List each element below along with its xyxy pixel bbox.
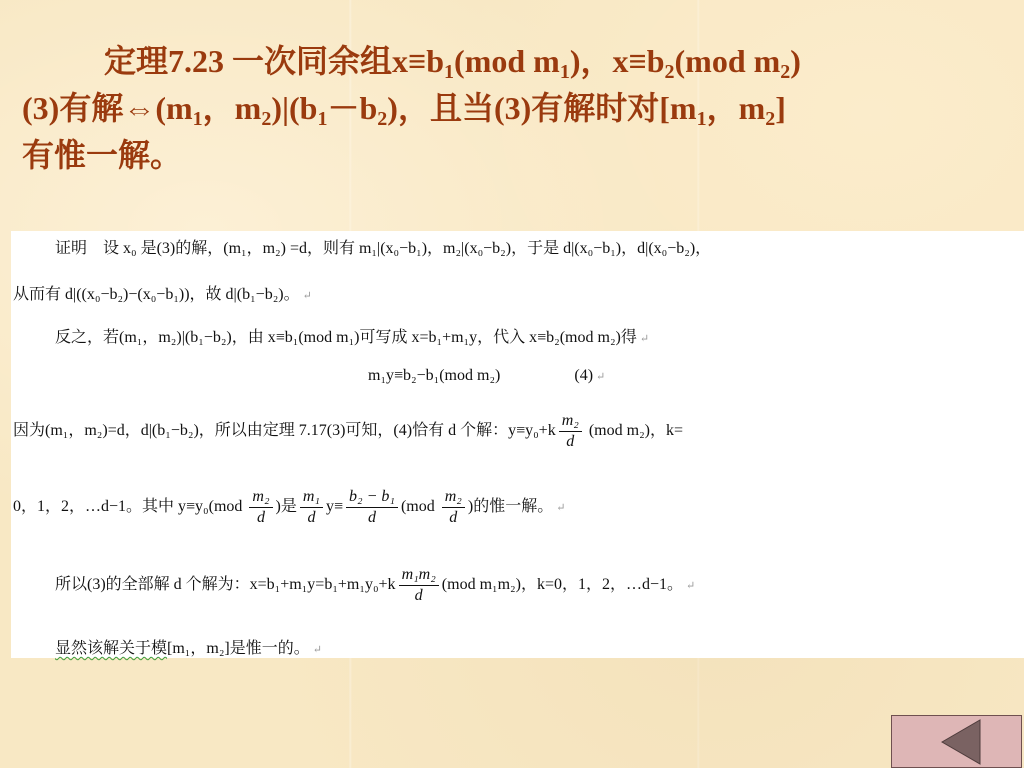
- text: (3)有解⇔(m: [22, 90, 193, 126]
- text: ，m: [203, 90, 262, 126]
- fraction: m₁m₂d: [399, 565, 439, 606]
- denominator: d: [300, 508, 323, 528]
- text: (mod m₂)，k=: [585, 422, 683, 439]
- text: )|(b: [271, 90, 317, 126]
- proof-line-8: 显然该解关于模[m₁，m₂]是惟一的。↵: [55, 635, 322, 658]
- text: (mod m₁m₂)，k=0，1，2，…d−1。: [442, 576, 683, 593]
- fraction: m₁d: [300, 487, 323, 528]
- proof-line-1: 证明 设 x₀ 是(3)的解，(m₁，m₂) =d，则有 m₁|(x₀−b₁)，…: [55, 235, 711, 258]
- proof-line-6: 0，1，2，…d−1。其中 y≡y₀(mod m₂d)是m₁dy≡b₂ − b₁…: [13, 487, 565, 528]
- return-mark-icon: ↵: [556, 502, 565, 514]
- fraction: m₂d: [559, 411, 582, 452]
- subscript: 2: [780, 61, 790, 83]
- fraction: m₂d: [442, 487, 465, 528]
- subscript: 1: [193, 108, 203, 130]
- subscript: 1: [317, 108, 327, 130]
- text: 从而有 d|((x₀−b₂)−(x₀−b₁))，故 d|(b₁−b₂)。: [13, 286, 300, 303]
- equation: m₁y≡b₂−b₁(mod m₂): [368, 367, 500, 384]
- text: 证明 设 x₀ 是(3)的解，(m₁，m₂) =d，则有 m₁|(x₀−b₁)，…: [55, 240, 711, 257]
- proof-line-2: 从而有 d|((x₀−b₂)−(x₀−b₁))，故 d|(b₁−b₂)。↵: [13, 281, 312, 304]
- denominator: d: [399, 586, 439, 606]
- proof-equation-4: m₁y≡b₂−b₁(mod m₂) (4)↵: [368, 367, 605, 385]
- numerator: m₁m₂: [399, 565, 439, 586]
- text: (mod: [401, 498, 439, 515]
- subscript: 2: [665, 61, 675, 83]
- proof-line-3: 反之，若(m₁，m₂)|(b₁−b₂)，由 x≡b₁(mod m₁)可写成 x=…: [55, 324, 649, 347]
- proof-image: 证明 设 x₀ 是(3)的解，(m₁，m₂) =d，则有 m₁|(x₀−b₁)，…: [11, 231, 1024, 658]
- fraction: b₂ − b₁d: [346, 487, 398, 528]
- return-mark-icon: ↵: [313, 644, 322, 656]
- proof-line-5: 因为(m₁，m₂)=d，d|(b₁−b₂)，所以由定理 7.17(3)可知，(4…: [13, 411, 683, 452]
- subscript: 1: [560, 61, 570, 83]
- return-mark-icon: ↵: [596, 371, 605, 383]
- text: 0，1，2，…d−1。其中 y≡y₀(mod: [13, 498, 246, 515]
- denominator: d: [346, 508, 398, 528]
- subscript: 1: [444, 61, 454, 83]
- theorem-statement: 定理7.23 一次同余组x≡b1(mod m1)，x≡b2(mod m2) (3…: [22, 38, 1012, 179]
- spellcheck-underlined-text: 显然该解关于模: [55, 640, 167, 657]
- text: 所以(3)的全部解 d 个解为：x=b₁+m₁y=b₁+m₁y₀+k: [55, 576, 396, 593]
- text: )，x≡b: [570, 43, 665, 79]
- text: )，且当(3)有解时对[m: [387, 90, 696, 126]
- subscript: 2: [261, 108, 271, 130]
- equation-tag: (4): [574, 367, 593, 384]
- fraction: m₂d: [249, 487, 272, 528]
- text: 反之，若(m₁，m₂)|(b₁−b₂)，由 x≡b₁(mod m₁)可写成 x=…: [55, 329, 637, 346]
- text: －b: [327, 90, 377, 126]
- triangle-left-icon: [892, 716, 1023, 768]
- return-mark-icon: ↵: [640, 333, 649, 345]
- denominator: d: [559, 432, 582, 452]
- text: )的惟一解。: [468, 498, 553, 515]
- text: )是: [276, 498, 297, 515]
- numerator: m₂: [559, 411, 582, 432]
- numerator: m₂: [442, 487, 465, 508]
- return-mark-icon: ↵: [303, 290, 312, 302]
- subscript: 1: [697, 108, 707, 130]
- text: y≡: [326, 498, 343, 515]
- theorem-line-1: 定理7.23 一次同余组x≡b1(mod m1)，x≡b2(mod m2): [22, 38, 1012, 85]
- denominator: d: [249, 508, 272, 528]
- theorem-line-3: 有惟一解。: [22, 132, 1012, 179]
- numerator: m₂: [249, 487, 272, 508]
- previous-slide-button[interactable]: [891, 715, 1022, 768]
- theorem-line-2: (3)有解⇔(m1，m2)|(b1－b2)，且当(3)有解时对[m1，m2]: [22, 85, 1012, 132]
- numerator: b₂ − b₁: [346, 487, 398, 508]
- text: (mod m: [454, 43, 560, 79]
- proof-line-7: 所以(3)的全部解 d 个解为：x=b₁+m₁y=b₁+m₁y₀+km₁m₂d(…: [55, 565, 695, 606]
- text: ，m: [707, 90, 766, 126]
- text: (mod m: [675, 43, 781, 79]
- return-mark-icon: ↵: [686, 580, 695, 592]
- numerator: m₁: [300, 487, 323, 508]
- text: 因为(m₁，m₂)=d，d|(b₁−b₂)，所以由定理 7.17(3)可知，(4…: [13, 422, 556, 439]
- denominator: d: [442, 508, 465, 528]
- subscript: 2: [377, 108, 387, 130]
- text: [m₁，m₂]是惟一的。: [167, 640, 310, 657]
- text: ]: [775, 90, 786, 126]
- text: ): [790, 43, 801, 79]
- text: 定理7.23 一次同余组x≡b: [104, 43, 444, 79]
- subscript: 2: [765, 108, 775, 130]
